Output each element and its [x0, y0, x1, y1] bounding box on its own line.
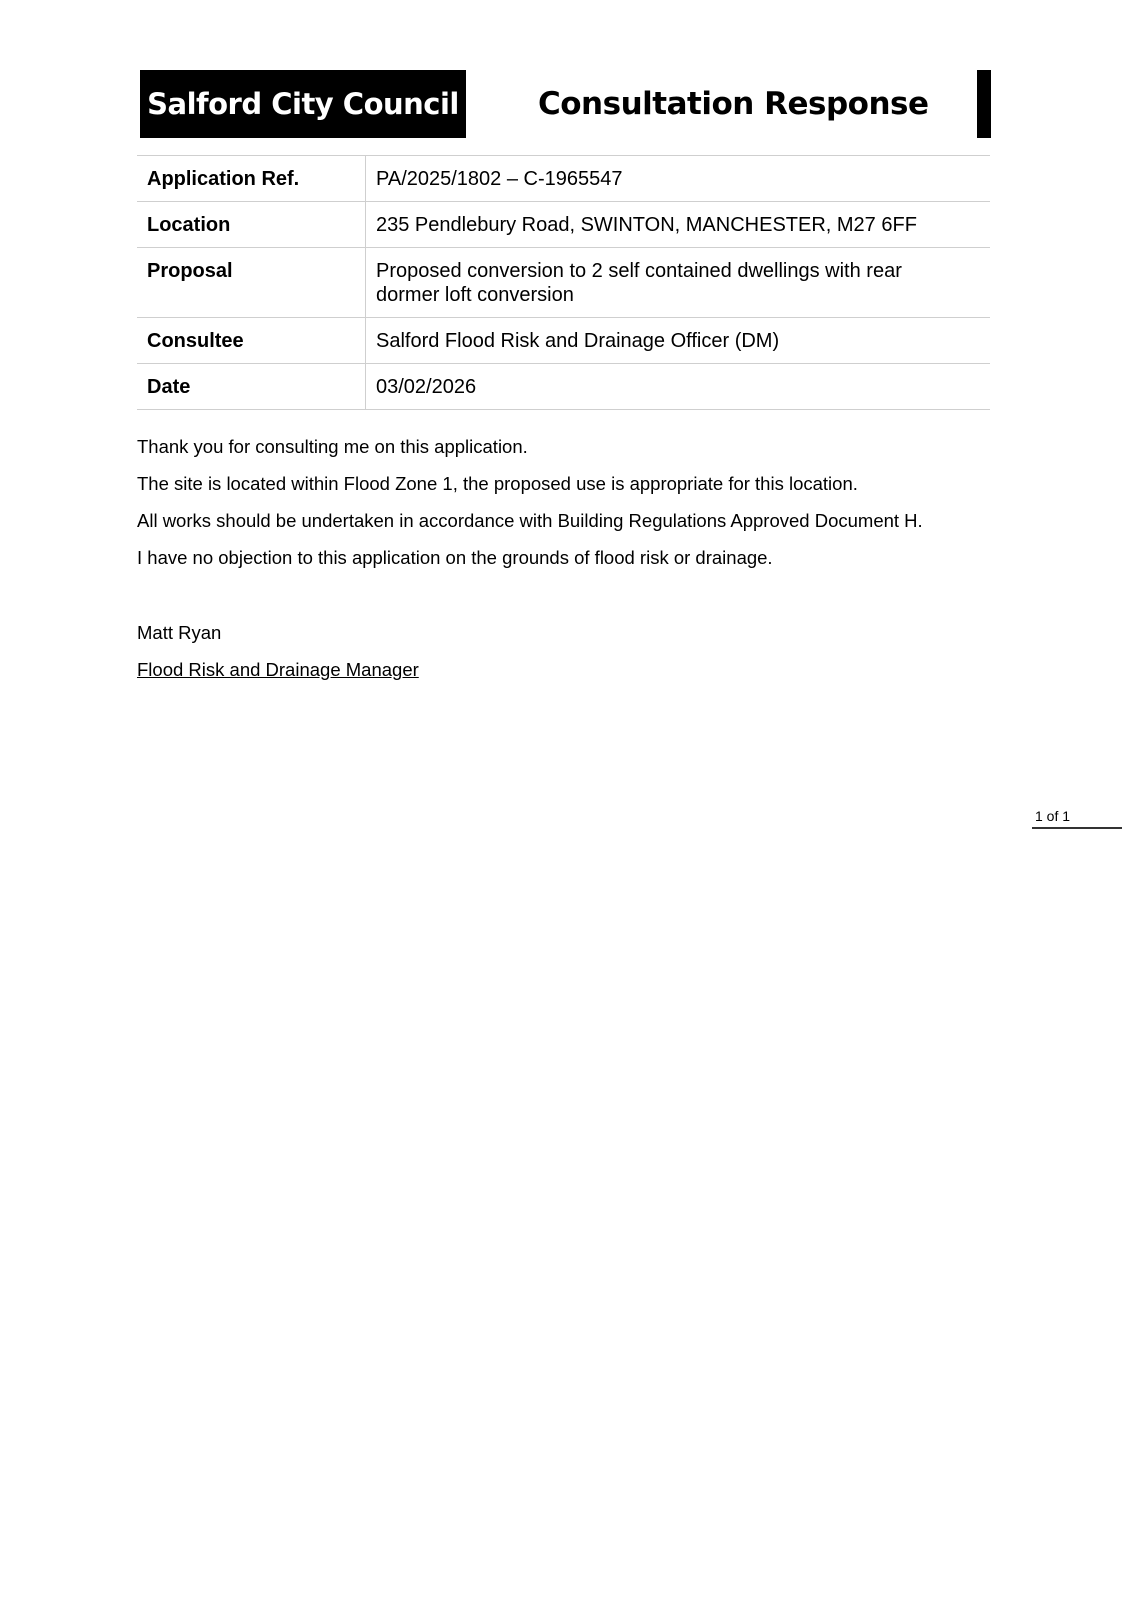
header-accent-bar — [977, 70, 991, 138]
row-value: Salford Flood Risk and Drainage Officer … — [366, 318, 991, 364]
council-logo: Salford City Council — [140, 70, 466, 138]
body-paragraph: Thank you for consulting me on this appl… — [137, 436, 1037, 458]
page-indicator: 1 of 1 — [1035, 808, 1070, 824]
signature-block: Matt Ryan Flood Risk and Drainage Manage… — [137, 622, 419, 696]
row-value: PA/2025/1802 – C-1965547 — [366, 156, 991, 202]
row-label: Application Ref. — [137, 156, 366, 202]
response-body: Thank you for consulting me on this appl… — [137, 436, 1037, 584]
body-paragraph: The site is located within Flood Zone 1,… — [137, 473, 1037, 495]
row-label: Date — [137, 364, 366, 410]
footer-rule — [1032, 827, 1122, 829]
signatory-role: Flood Risk and Drainage Manager — [137, 659, 419, 681]
signatory-name: Matt Ryan — [137, 622, 419, 644]
table-row: Consultee Salford Flood Risk and Drainag… — [137, 318, 990, 364]
row-label: Consultee — [137, 318, 366, 364]
row-value: Proposed conversion to 2 self contained … — [366, 248, 991, 318]
document-title: Consultation Response — [538, 70, 929, 138]
row-label: Proposal — [137, 248, 366, 318]
table-row: Application Ref. PA/2025/1802 – C-196554… — [137, 156, 990, 202]
application-details-table: Application Ref. PA/2025/1802 – C-196554… — [137, 155, 990, 410]
row-value: 03/02/2026 — [366, 364, 991, 410]
row-value: 235 Pendlebury Road, SWINTON, MANCHESTER… — [366, 202, 991, 248]
table-row: Date 03/02/2026 — [137, 364, 990, 410]
table-row: Proposal Proposed conversion to 2 self c… — [137, 248, 990, 318]
body-paragraph: I have no objection to this application … — [137, 547, 1037, 569]
body-paragraph: All works should be undertaken in accord… — [137, 510, 1037, 532]
row-label: Location — [137, 202, 366, 248]
table-row: Location 235 Pendlebury Road, SWINTON, M… — [137, 202, 990, 248]
